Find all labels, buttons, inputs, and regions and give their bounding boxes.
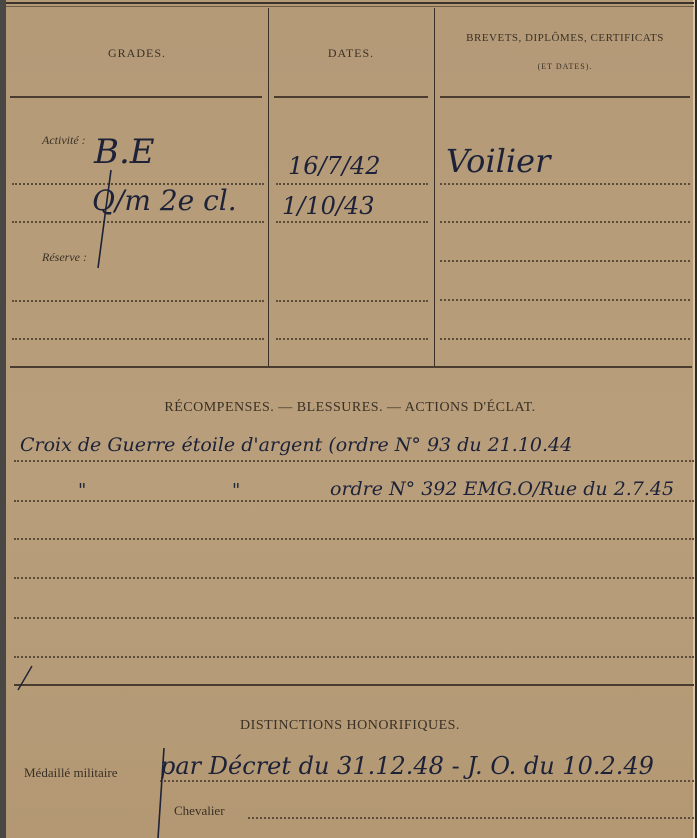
pen-strokes (6, 0, 694, 838)
military-record-page: GRADES. DATES. BREVETS, DIPLÔMES, CERTIF… (6, 0, 697, 838)
